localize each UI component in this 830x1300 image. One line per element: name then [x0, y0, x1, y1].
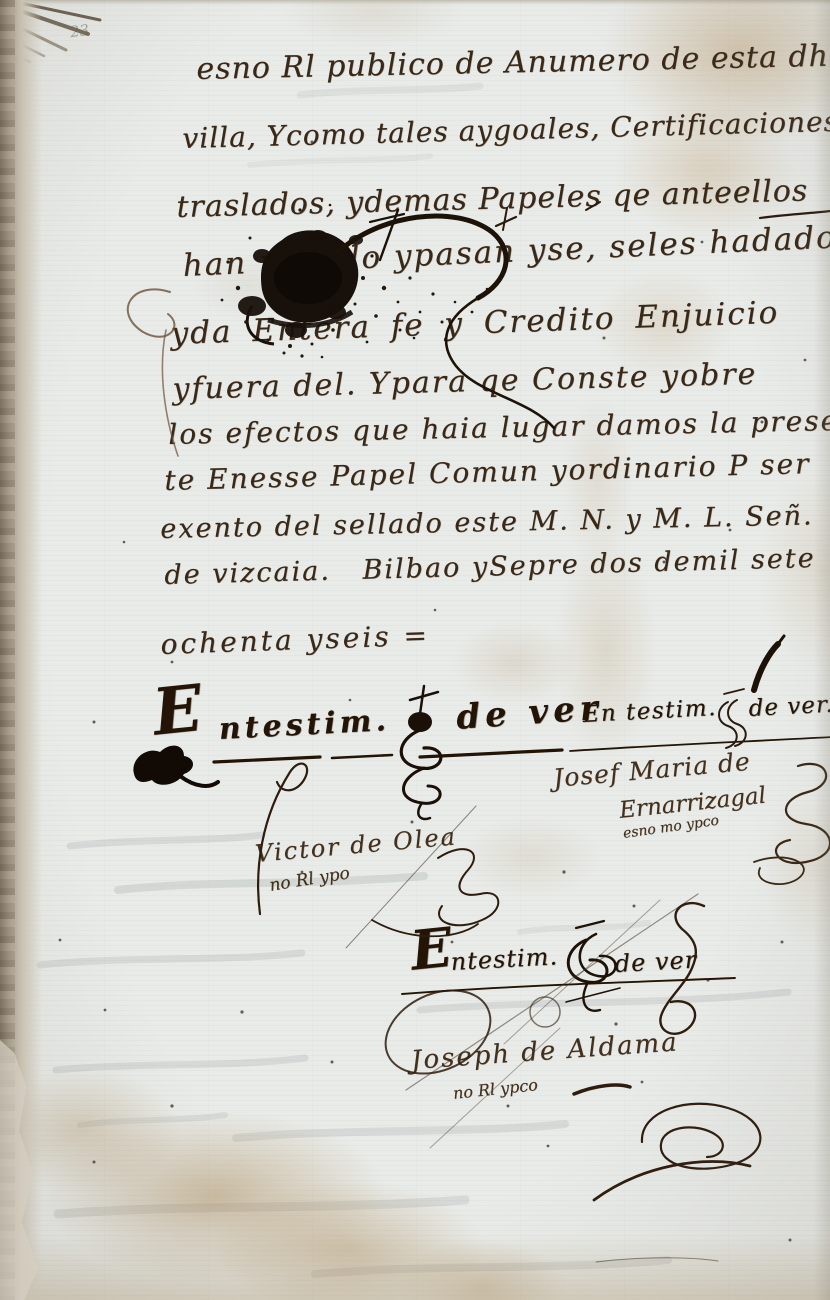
ink-artwork	[0, 0, 830, 1300]
rubric-aldama	[372, 903, 760, 1262]
notarial-sign-left-icon	[401, 686, 441, 819]
rubric-olea	[258, 764, 498, 948]
ink-specks	[59, 141, 807, 1242]
small-ink-marks	[496, 202, 830, 690]
notarial-sign-right-icon	[719, 689, 746, 748]
margin-flourish	[128, 289, 178, 456]
notarial-sign-center-icon	[566, 921, 620, 1011]
manuscript-page: 23 esno Rl publico de Anumero de esta dh…	[0, 0, 830, 1300]
attestation-left-ink-blob	[133, 746, 218, 786]
ink-blot	[221, 204, 554, 428]
flourish-hairlines	[406, 894, 698, 1148]
rubric-ernarrizaga	[754, 764, 830, 884]
